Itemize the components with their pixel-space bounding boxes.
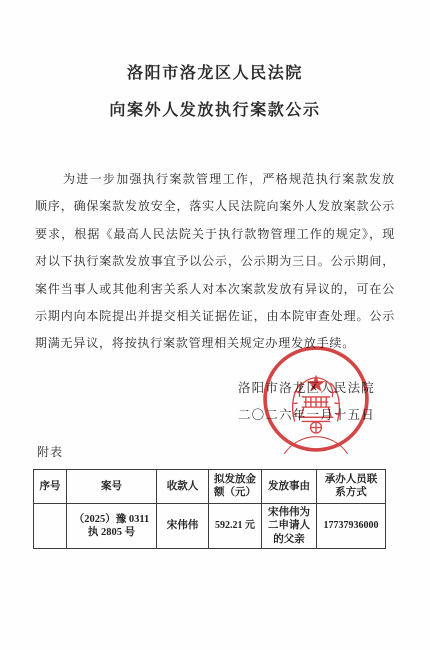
cell-contact: 17737936000	[317, 503, 386, 549]
col-header-reason: 发放事由	[262, 469, 317, 503]
appendix-label: 附表	[37, 443, 430, 460]
col-header-payee: 收款人	[157, 469, 209, 503]
cell-seq	[34, 503, 67, 549]
title-block: 洛阳市洛龙区人民法院 向案外人发放执行案款公示	[0, 0, 430, 121]
cell-reason: 宋伟伟为二申请人的父亲	[262, 503, 317, 549]
cell-amount: 592.21 元	[209, 503, 262, 549]
notice-body-paragraph: 为进一步加强执行案款管理工作，严格规范执行案款发放顺序，确保案款发放安全，落实人…	[35, 166, 395, 358]
table-header-row: 序号 案号 收款人 拟发放金额（元） 发放事由 承办人员联系方式	[34, 469, 386, 503]
col-header-case-no: 案号	[67, 469, 157, 503]
col-header-contact: 承办人员联系方式	[317, 469, 386, 503]
col-header-amount: 拟发放金额（元）	[209, 469, 262, 503]
cell-case-no: （2025）豫 0311 执 2805 号	[67, 503, 157, 549]
cell-payee: 宋伟伟	[157, 503, 209, 549]
court-name-title: 洛阳市洛龙区人民法院	[0, 64, 430, 84]
scanned-notice-page: 洛阳市洛龙区人民法院 向案外人发放执行案款公示 为进一步加强执行案款管理工作，严…	[0, 0, 430, 650]
table-row: （2025）豫 0311 执 2805 号 宋伟伟 592.21 元 宋伟伟为二…	[34, 503, 386, 549]
col-header-seq: 序号	[34, 469, 67, 503]
notice-title: 向案外人发放执行案款公示	[0, 101, 430, 121]
signature-block: 洛阳市洛龙区人民法院 二〇二六年一月十五日	[0, 375, 430, 429]
payout-table: 序号 案号 收款人 拟发放金额（元） 发放事由 承办人员联系方式 （2025）豫…	[33, 469, 386, 550]
signature-court-name: 洛阳市洛龙区人民法院	[0, 375, 375, 402]
signature-date: 二〇二六年一月十五日	[0, 402, 375, 429]
